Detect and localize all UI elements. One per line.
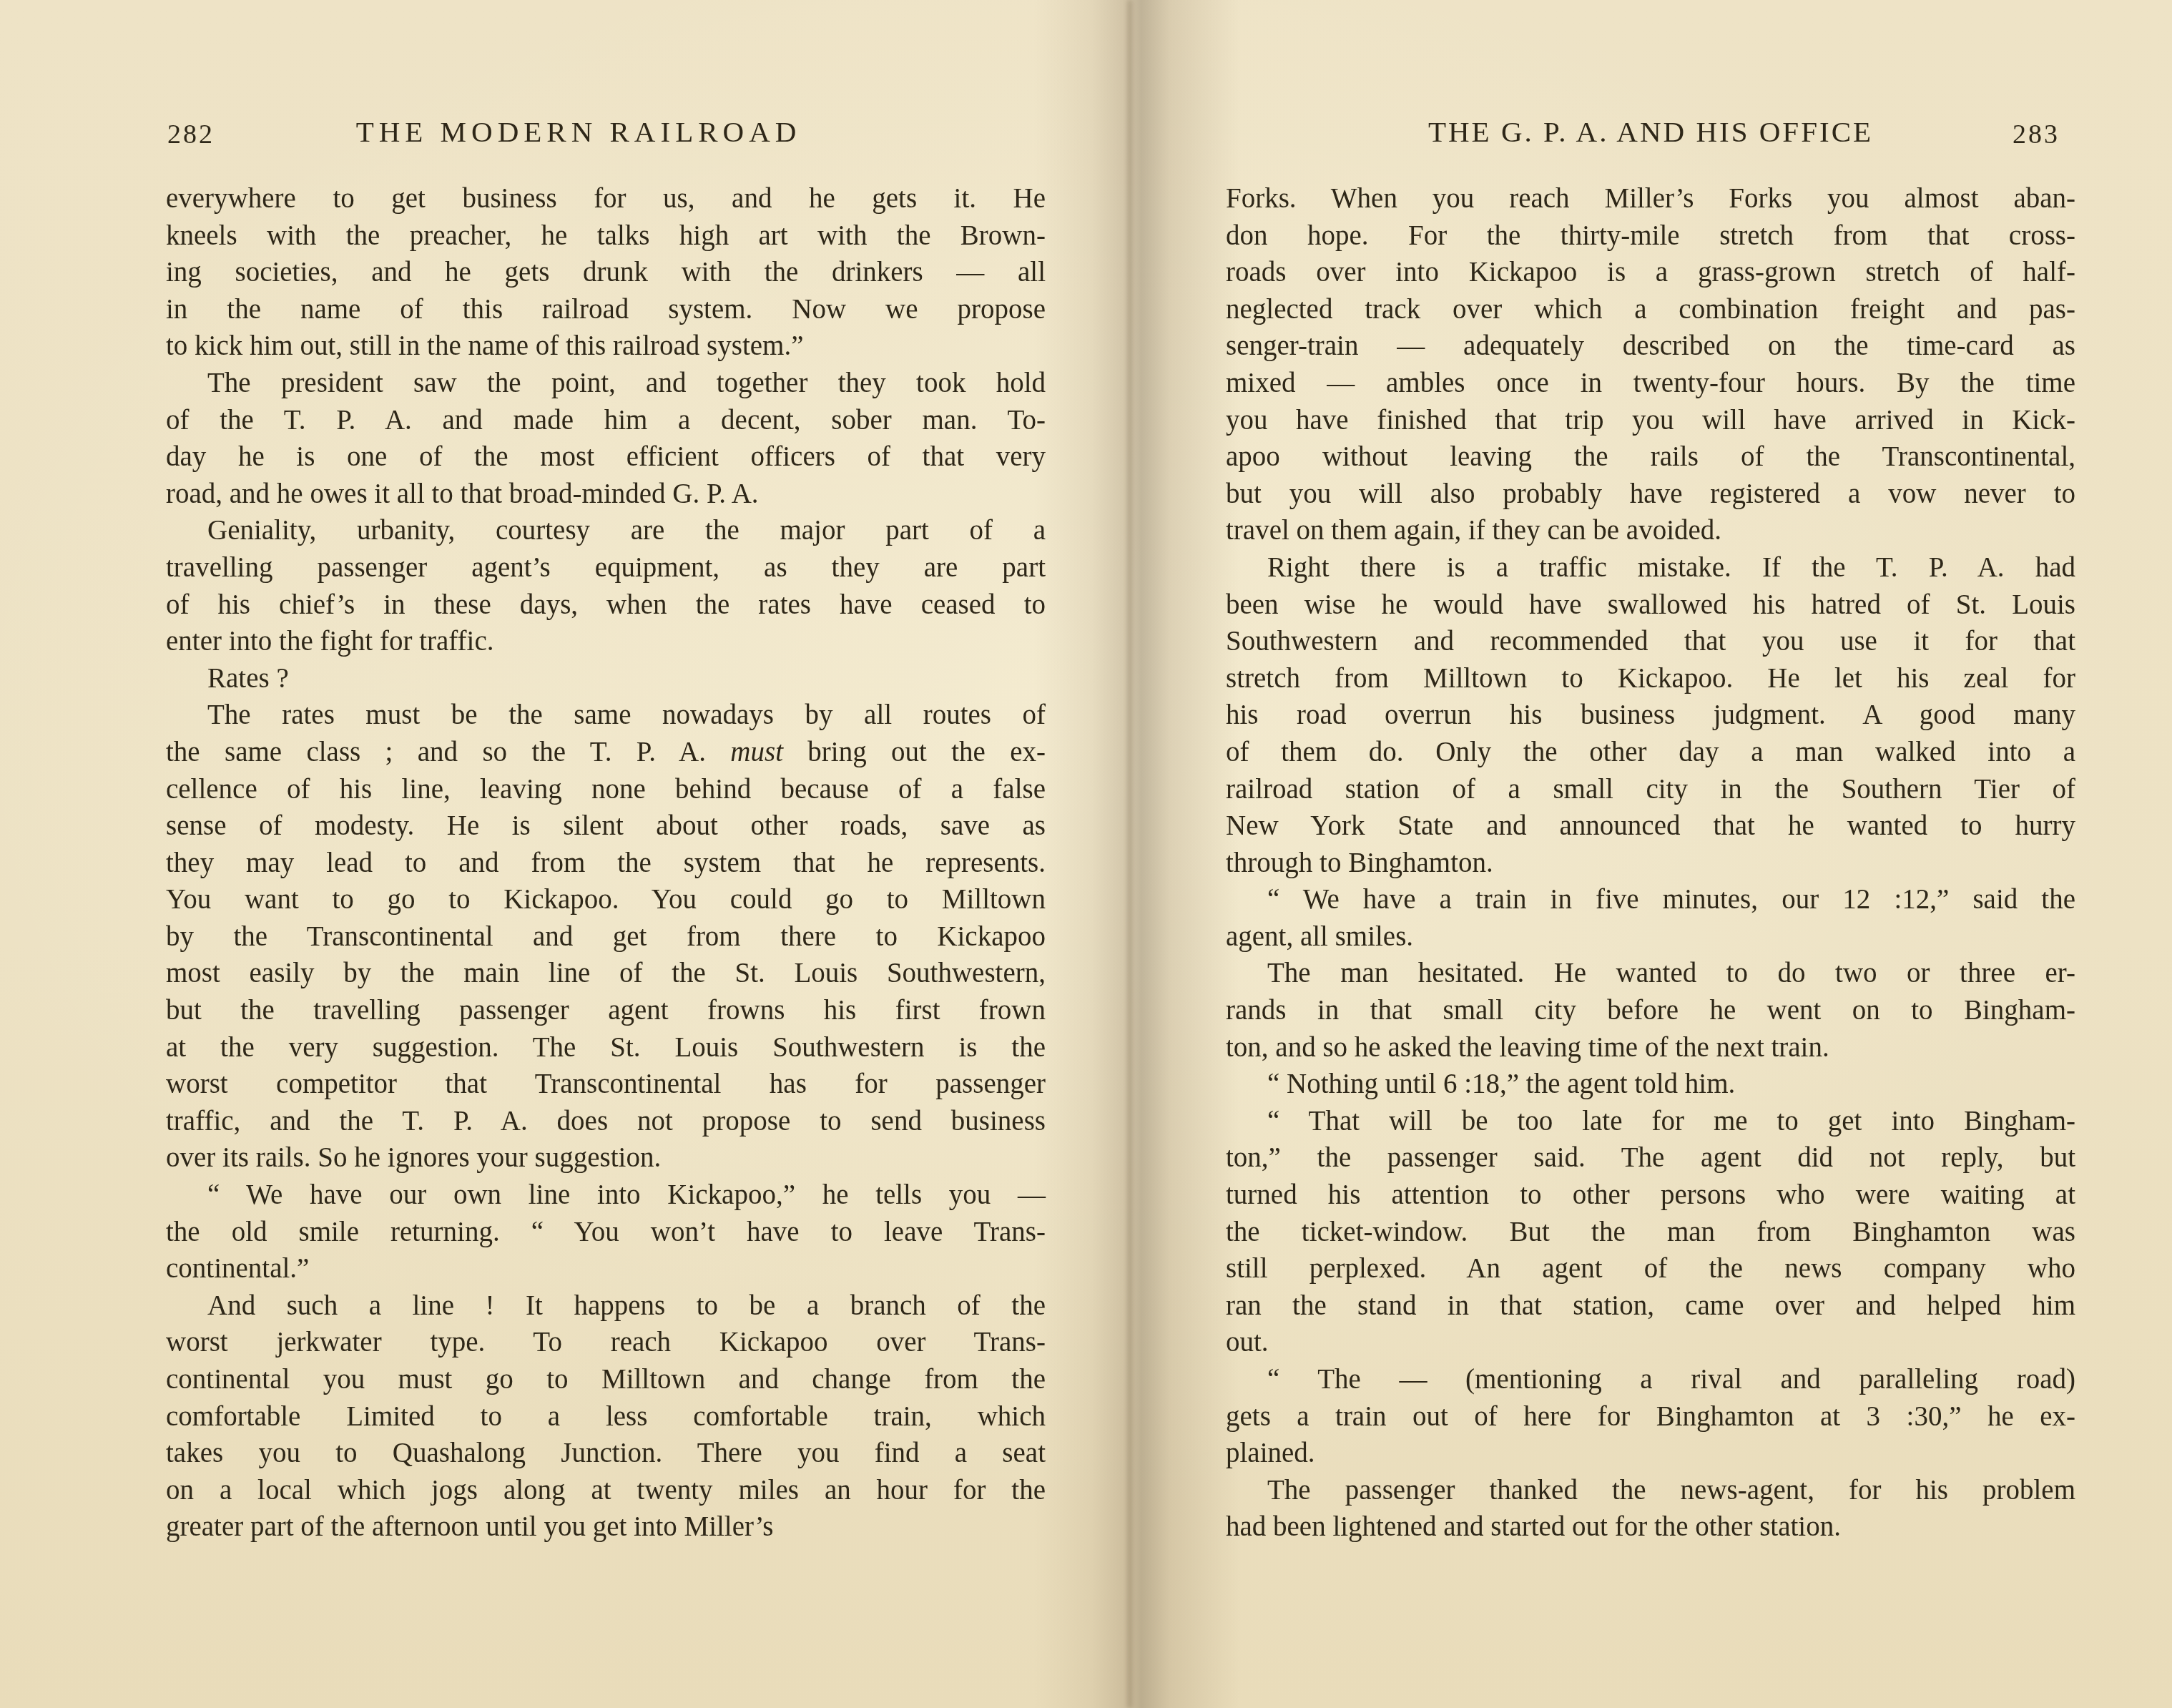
- text-line: still perplexed. An agent of the news co…: [1226, 1250, 2075, 1287]
- text-line: cellence of his line, leaving none behin…: [166, 771, 1046, 808]
- text-line: “ We have a train in five minutes, our 1…: [1226, 881, 2075, 918]
- text-line: Geniality, urbanity, courtesy are the ma…: [166, 512, 1046, 549]
- text-line: to kick him out, still in the name of th…: [166, 328, 1046, 365]
- text-line: the old smile returning. “ You won’t hav…: [166, 1214, 1046, 1251]
- text-line: takes you to Quashalong Junction. There …: [166, 1435, 1046, 1472]
- text-line: stretch from Milltown to Kickapoo. He le…: [1226, 660, 2075, 697]
- text-line: comfortable Limited to a less comfortabl…: [166, 1398, 1046, 1435]
- text-line: on a local which jogs along at twenty mi…: [166, 1472, 1046, 1509]
- text-line: enter into the fight for traffic.: [166, 623, 1046, 660]
- text-line: You want to go to Kickapoo. You could go…: [166, 881, 1046, 918]
- text-line: they may lead to and from the system tha…: [166, 845, 1046, 882]
- text-line: senger-train — adequately described on t…: [1226, 328, 2075, 365]
- right-page: THE G. P. A. AND HIS OFFICE 283 Forks. W…: [1226, 114, 2075, 154]
- text-line: ton, and so he asked the leaving time of…: [1226, 1029, 2075, 1066]
- text-line: sense of modesty. He is silent about oth…: [166, 808, 1046, 845]
- text-line: New York State and announced that he wan…: [1226, 808, 2075, 845]
- text-line: railroad station of a small city in the …: [1226, 771, 2075, 808]
- right-page-body: Forks. When you reach Miller’s Forks you…: [1226, 180, 2075, 1546]
- right-running-title: THE G. P. A. AND HIS OFFICE: [1428, 114, 1873, 149]
- text-line: The president saw the point, and togethe…: [166, 365, 1046, 402]
- text-line: agent, all smiles.: [1226, 918, 2075, 956]
- text-line: but the travelling passenger agent frown…: [166, 992, 1046, 1029]
- text-line: The man hesitated. He wanted to do two o…: [1226, 955, 2075, 992]
- text-line: apoo without leaving the rails of the Tr…: [1226, 438, 2075, 476]
- left-page-body: everywhere to get business for us, and h…: [166, 180, 1046, 1546]
- right-running-head: THE G. P. A. AND HIS OFFICE 283: [1226, 114, 2075, 154]
- text-line: “ That will be too late for me to get in…: [1226, 1103, 2075, 1140]
- text-line: mixed — ambles once in twenty-four hours…: [1226, 365, 2075, 402]
- book-gutter-shadow: [1033, 0, 1241, 1708]
- text-line: had been lightened and started out for t…: [1226, 1508, 2075, 1546]
- text-line: neglected track over which a combination…: [1226, 291, 2075, 328]
- left-page: 282 THE MODERN RAILROAD everywhere to ge…: [166, 114, 1046, 154]
- text-line: And such a line ! It happens to be a bra…: [166, 1287, 1046, 1325]
- left-running-head: 282 THE MODERN RAILROAD: [166, 114, 1046, 154]
- text-line: his road overrun his business judgment. …: [1226, 697, 2075, 734]
- text-line: continental.”: [166, 1250, 1046, 1287]
- right-page-number: 283: [2013, 119, 2060, 150]
- text-line: by the Transcontinental and get from the…: [166, 918, 1046, 956]
- left-page-number: 282: [167, 119, 215, 150]
- text-line: out.: [1226, 1324, 2075, 1361]
- text-line: turned his attention to other persons wh…: [1226, 1177, 2075, 1214]
- text-line: of his chief’s in these days, when the r…: [166, 586, 1046, 624]
- text-line: day he is one of the most efficient offi…: [166, 438, 1046, 476]
- text-line: worst jerkwater type. To reach Kickapoo …: [166, 1324, 1046, 1361]
- text-line: “ We have our own line into Kickapoo,” h…: [166, 1177, 1046, 1214]
- text-line: everywhere to get business for us, and h…: [166, 180, 1046, 217]
- text-line: been wise he would have swallowed his ha…: [1226, 586, 2075, 624]
- text-line: at the very suggestion. The St. Louis So…: [166, 1029, 1046, 1066]
- text-line: travelling passenger agent’s equipment, …: [166, 549, 1046, 586]
- text-line: “ The — (mentioning a rival and parallel…: [1226, 1361, 2075, 1398]
- text-line: you have finished that trip you will hav…: [1226, 402, 2075, 439]
- text-line: ing societies, and he gets drunk with th…: [166, 254, 1046, 291]
- text-line: Right there is a traffic mistake. If the…: [1226, 549, 2075, 586]
- text-line: gets a train out of here for Binghamton …: [1226, 1398, 2075, 1435]
- text-line: the ticket-window. But the man from Bing…: [1226, 1214, 2075, 1251]
- text-line: through to Binghamton.: [1226, 845, 2075, 882]
- left-running-title: THE MODERN RAILROAD: [356, 114, 802, 149]
- text-line: over its rails. So he ignores your sugge…: [166, 1139, 1046, 1177]
- text-line: plained.: [1226, 1435, 2075, 1472]
- text-line: ton,” the passenger said. The agent did …: [1226, 1139, 2075, 1177]
- text-line: greater part of the afternoon until you …: [166, 1508, 1046, 1546]
- text-line: rands in that small city before he went …: [1226, 992, 2075, 1029]
- text-line: “ Nothing until 6 :18,” the agent told h…: [1226, 1066, 2075, 1103]
- text-line: roads over into Kickapoo is a grass-grow…: [1226, 254, 2075, 291]
- text-line: most easily by the main line of the St. …: [166, 955, 1046, 992]
- text-line: The passenger thanked the news-agent, fo…: [1226, 1472, 2075, 1509]
- text-line: in the name of this railroad system. Now…: [166, 291, 1046, 328]
- text-line: of the T. P. A. and made him a decent, s…: [166, 402, 1046, 439]
- text-line: traffic, and the T. P. A. does not propo…: [166, 1103, 1046, 1140]
- text-line: the same class ; and so the T. P. A. mus…: [166, 734, 1046, 771]
- text-line: kneels with the preacher, he talks high …: [166, 217, 1046, 255]
- text-line: of them do. Only the other day a man wal…: [1226, 734, 2075, 771]
- book-spread-scan: { "book": { "colors": { "paper": "#ede2c…: [0, 0, 2172, 1708]
- text-line: travel on them again, if they can be avo…: [1226, 512, 2075, 549]
- text-line: worst competitor that Transcontinental h…: [166, 1066, 1046, 1103]
- text-line: Rates ?: [166, 660, 1046, 697]
- text-line: Forks. When you reach Miller’s Forks you…: [1226, 180, 2075, 217]
- text-line: but you will also probably have register…: [1226, 476, 2075, 513]
- text-line: don hope. For the thirty-mile stretch fr…: [1226, 217, 2075, 255]
- text-line: Southwestern and recommended that you us…: [1226, 623, 2075, 660]
- book-gutter-crease: [1128, 0, 1131, 1708]
- text-line: continental you must go to Milltown and …: [166, 1361, 1046, 1398]
- text-line: road, and he owes it all to that broad-m…: [166, 476, 1046, 513]
- text-line: The rates must be the same nowadays by a…: [166, 697, 1046, 734]
- text-line: ran the stand in that station, came over…: [1226, 1287, 2075, 1325]
